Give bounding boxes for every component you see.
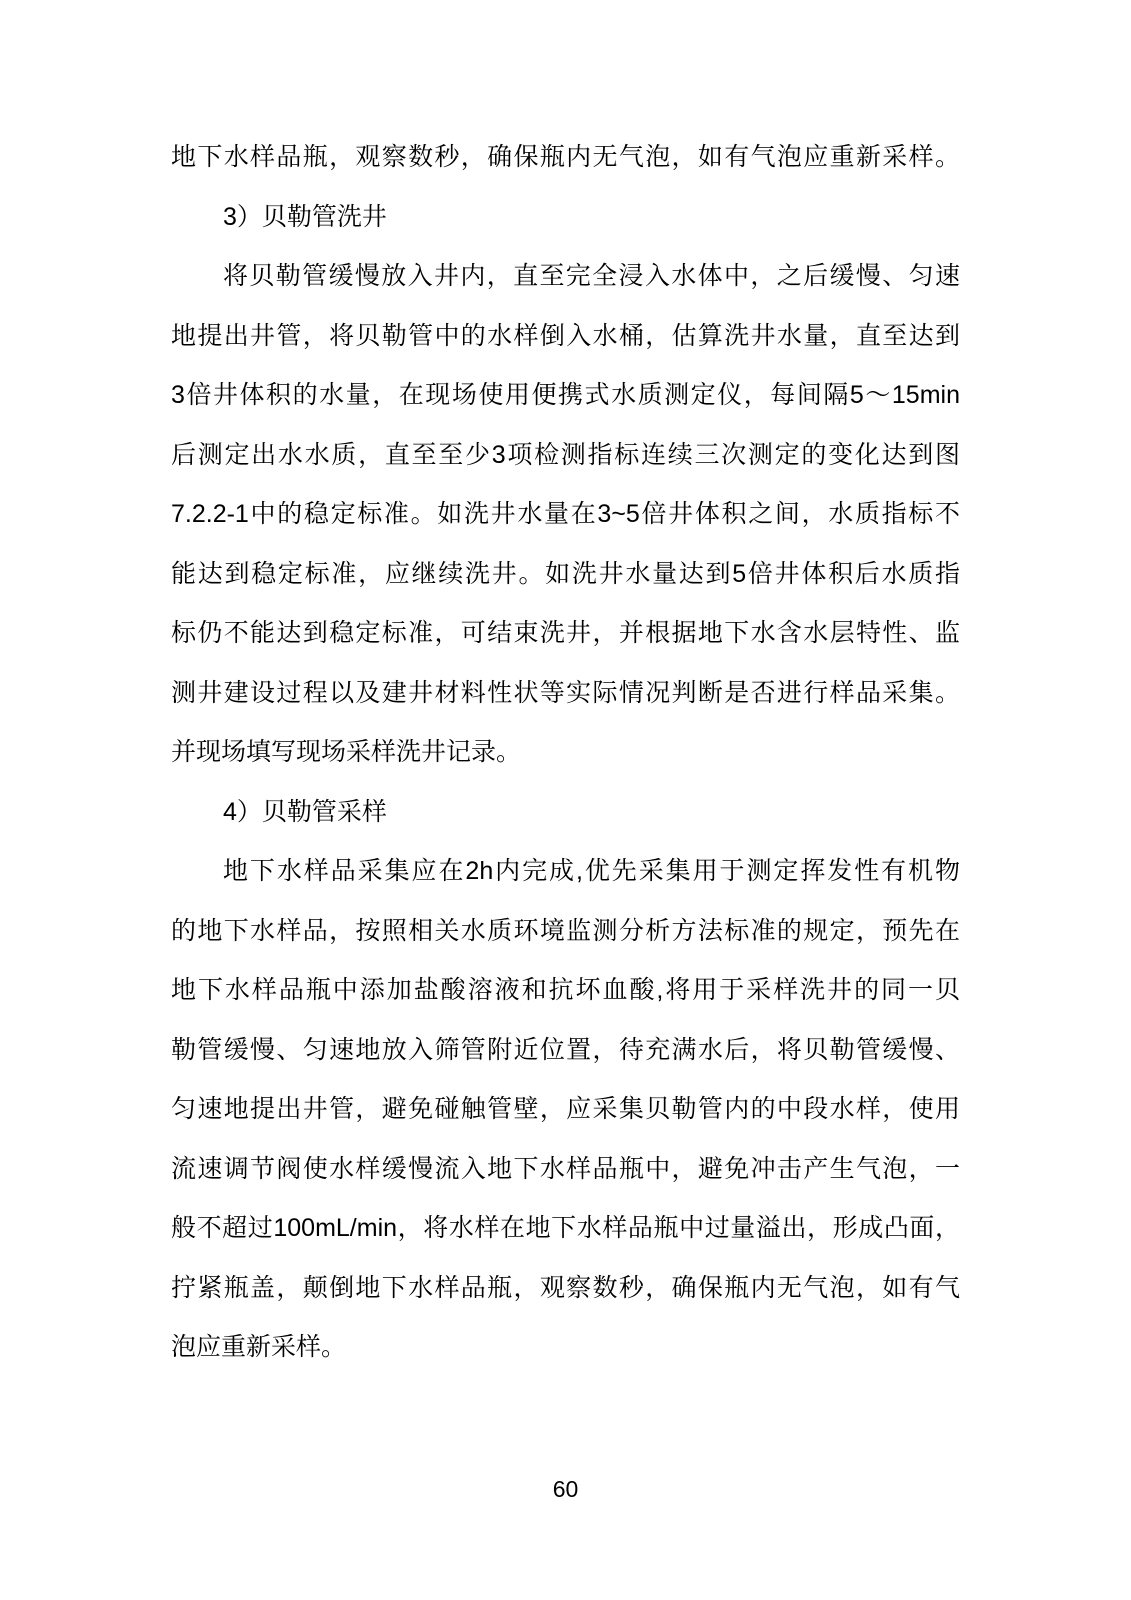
- text-line: 地下水样品瓶，观察数秒，确保瓶内无气泡，如有气泡应重新采样。: [171, 128, 960, 188]
- text-line: 并现场填写现场采样洗井记录。: [171, 723, 960, 783]
- section-heading: 3）贝勒管洗井: [171, 188, 960, 248]
- text-line: 测井建设过程以及建井材料性状等实际情况判断是否进行样品采集。: [171, 664, 960, 724]
- text-line: 流速调节阀使水样缓慢流入地下水样品瓶中，避免冲击产生气泡，一: [171, 1140, 960, 1200]
- text-line: 匀速地提出井管，避免碰触管壁，应采集贝勒管内的中段水样，使用: [171, 1080, 960, 1140]
- text-line: 勒管缓慢、匀速地放入筛管附近位置，待充满水后，将贝勒管缓慢、: [171, 1021, 960, 1081]
- section-heading: 4）贝勒管采样: [171, 783, 960, 843]
- text-line: 3倍井体积的水量，在现场使用便携式水质测定仪，每间隔5～15min: [171, 366, 960, 426]
- text-line: 标仍不能达到稳定标准，可结束洗井，并根据地下水含水层特性、监: [171, 604, 960, 664]
- text-line: 后测定出水水质，直至至少3项检测指标连续三次测定的变化达到图: [171, 426, 960, 486]
- text-line: 地下水样品采集应在2h内完成,优先采集用于测定挥发性有机物: [171, 842, 960, 902]
- text-line: 7.2.2-1中的稳定标准。如洗井水量在3~5倍井体积之间，水质指标不: [171, 485, 960, 545]
- text-line: 将贝勒管缓慢放入井内，直至完全浸入水体中，之后缓慢、匀速: [171, 247, 960, 307]
- text-line: 的地下水样品，按照相关水质环境监测分析方法标准的规定，预先在: [171, 902, 960, 962]
- page-number: 60: [0, 1476, 1131, 1503]
- document-page: 地下水样品瓶，观察数秒，确保瓶内无气泡，如有气泡应重新采样。3）贝勒管洗井将贝勒…: [0, 0, 1131, 1600]
- text-line: 能达到稳定标准，应继续洗井。如洗井水量达到5倍井体积后水质指: [171, 545, 960, 605]
- text-line: 地下水样品瓶中添加盐酸溶液和抗坏血酸,将用于采样洗井的同一贝: [171, 961, 960, 1021]
- document-body: 地下水样品瓶，观察数秒，确保瓶内无气泡，如有气泡应重新采样。3）贝勒管洗井将贝勒…: [171, 128, 960, 1378]
- text-line: 泡应重新采样。: [171, 1318, 960, 1378]
- text-line: 般不超过100mL/min，将水样在地下水样品瓶中过量溢出，形成凸面，: [171, 1199, 960, 1259]
- text-line: 拧紧瓶盖，颠倒地下水样品瓶，观察数秒，确保瓶内无气泡，如有气: [171, 1259, 960, 1319]
- text-line: 地提出井管，将贝勒管中的水样倒入水桶，估算洗井水量，直至达到: [171, 307, 960, 367]
